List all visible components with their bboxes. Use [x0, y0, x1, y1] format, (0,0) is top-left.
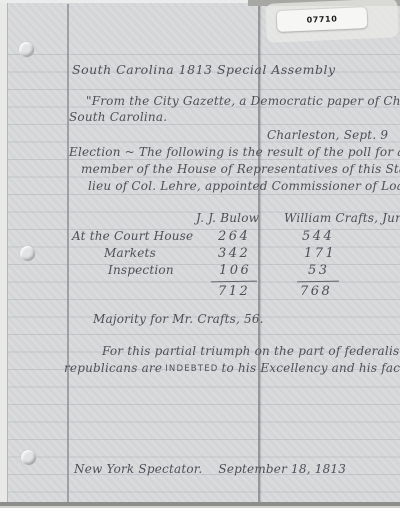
- catalog-number-sticker: 07710: [277, 7, 368, 32]
- table-column-header-crafts: William Crafts, Jun.: [284, 211, 400, 225]
- quote-line-2: republicans areINDEBTEDto his Excellency…: [64, 361, 400, 375]
- majority-line: Majority for Mr. Crafts, 56.: [93, 312, 264, 326]
- citation-date: September 18, 1813: [218, 462, 346, 476]
- punch-hole-bottom: [21, 450, 36, 465]
- quote-line-2-emphasis: INDEBTED: [165, 364, 218, 374]
- body-line-1: Election ~ The following is the result o…: [69, 145, 400, 159]
- document-heading: South Carolina 1813 Special Assembly: [72, 62, 336, 77]
- body-line-3: lieu of Col. Lehre, appointed Commission…: [88, 179, 400, 193]
- table-row-label-inspection: Inspection: [108, 263, 174, 277]
- intro-line-2: South Carolina.: [69, 110, 167, 124]
- catalog-number: 07710: [306, 14, 337, 24]
- table-value-court-house-crafts: 544: [302, 229, 334, 244]
- table-value-inspection-crafts: 53: [308, 263, 330, 278]
- dateline: Charleston, Sept. 9: [267, 128, 388, 142]
- quote-line-2-post: to his Excellency and his faction.": [222, 361, 400, 375]
- body-line-2: member of the House of Representatives o…: [81, 162, 400, 176]
- quote-line-2-pre: republicans are: [64, 361, 162, 375]
- citation-source: New York Spectator.: [74, 462, 202, 476]
- intro-line-1: "From the City Gazette, a Democratic pap…: [86, 94, 400, 108]
- table-value-markets-crafts: 171: [304, 246, 336, 261]
- table-value-court-house-bulow: 264: [218, 229, 250, 244]
- table-total-bulow: 712: [218, 284, 250, 299]
- table-row-label-court-house: At the Court House: [72, 229, 193, 243]
- citation-line: New York Spectator.September 18, 1813: [74, 462, 346, 476]
- scanned-document-page: 07710 South Carolina 1813 Special Assemb…: [0, 0, 400, 508]
- margin-rule-line: [67, 4, 69, 504]
- table-value-inspection-bulow: 106: [219, 263, 251, 278]
- table-total-crafts: 768: [300, 284, 332, 299]
- table-value-markets-bulow: 342: [218, 246, 250, 261]
- table-column-header-bulow: J. J. Bulow: [196, 211, 259, 225]
- page-left-edge: [7, 0, 8, 508]
- punch-hole-middle: [20, 246, 35, 261]
- table-row-label-markets: Markets: [104, 246, 156, 260]
- quote-line-1: For this partial triumph on the part of …: [102, 344, 400, 358]
- punch-hole-top: [19, 42, 34, 57]
- page-top-edge: [0, 0, 250, 3]
